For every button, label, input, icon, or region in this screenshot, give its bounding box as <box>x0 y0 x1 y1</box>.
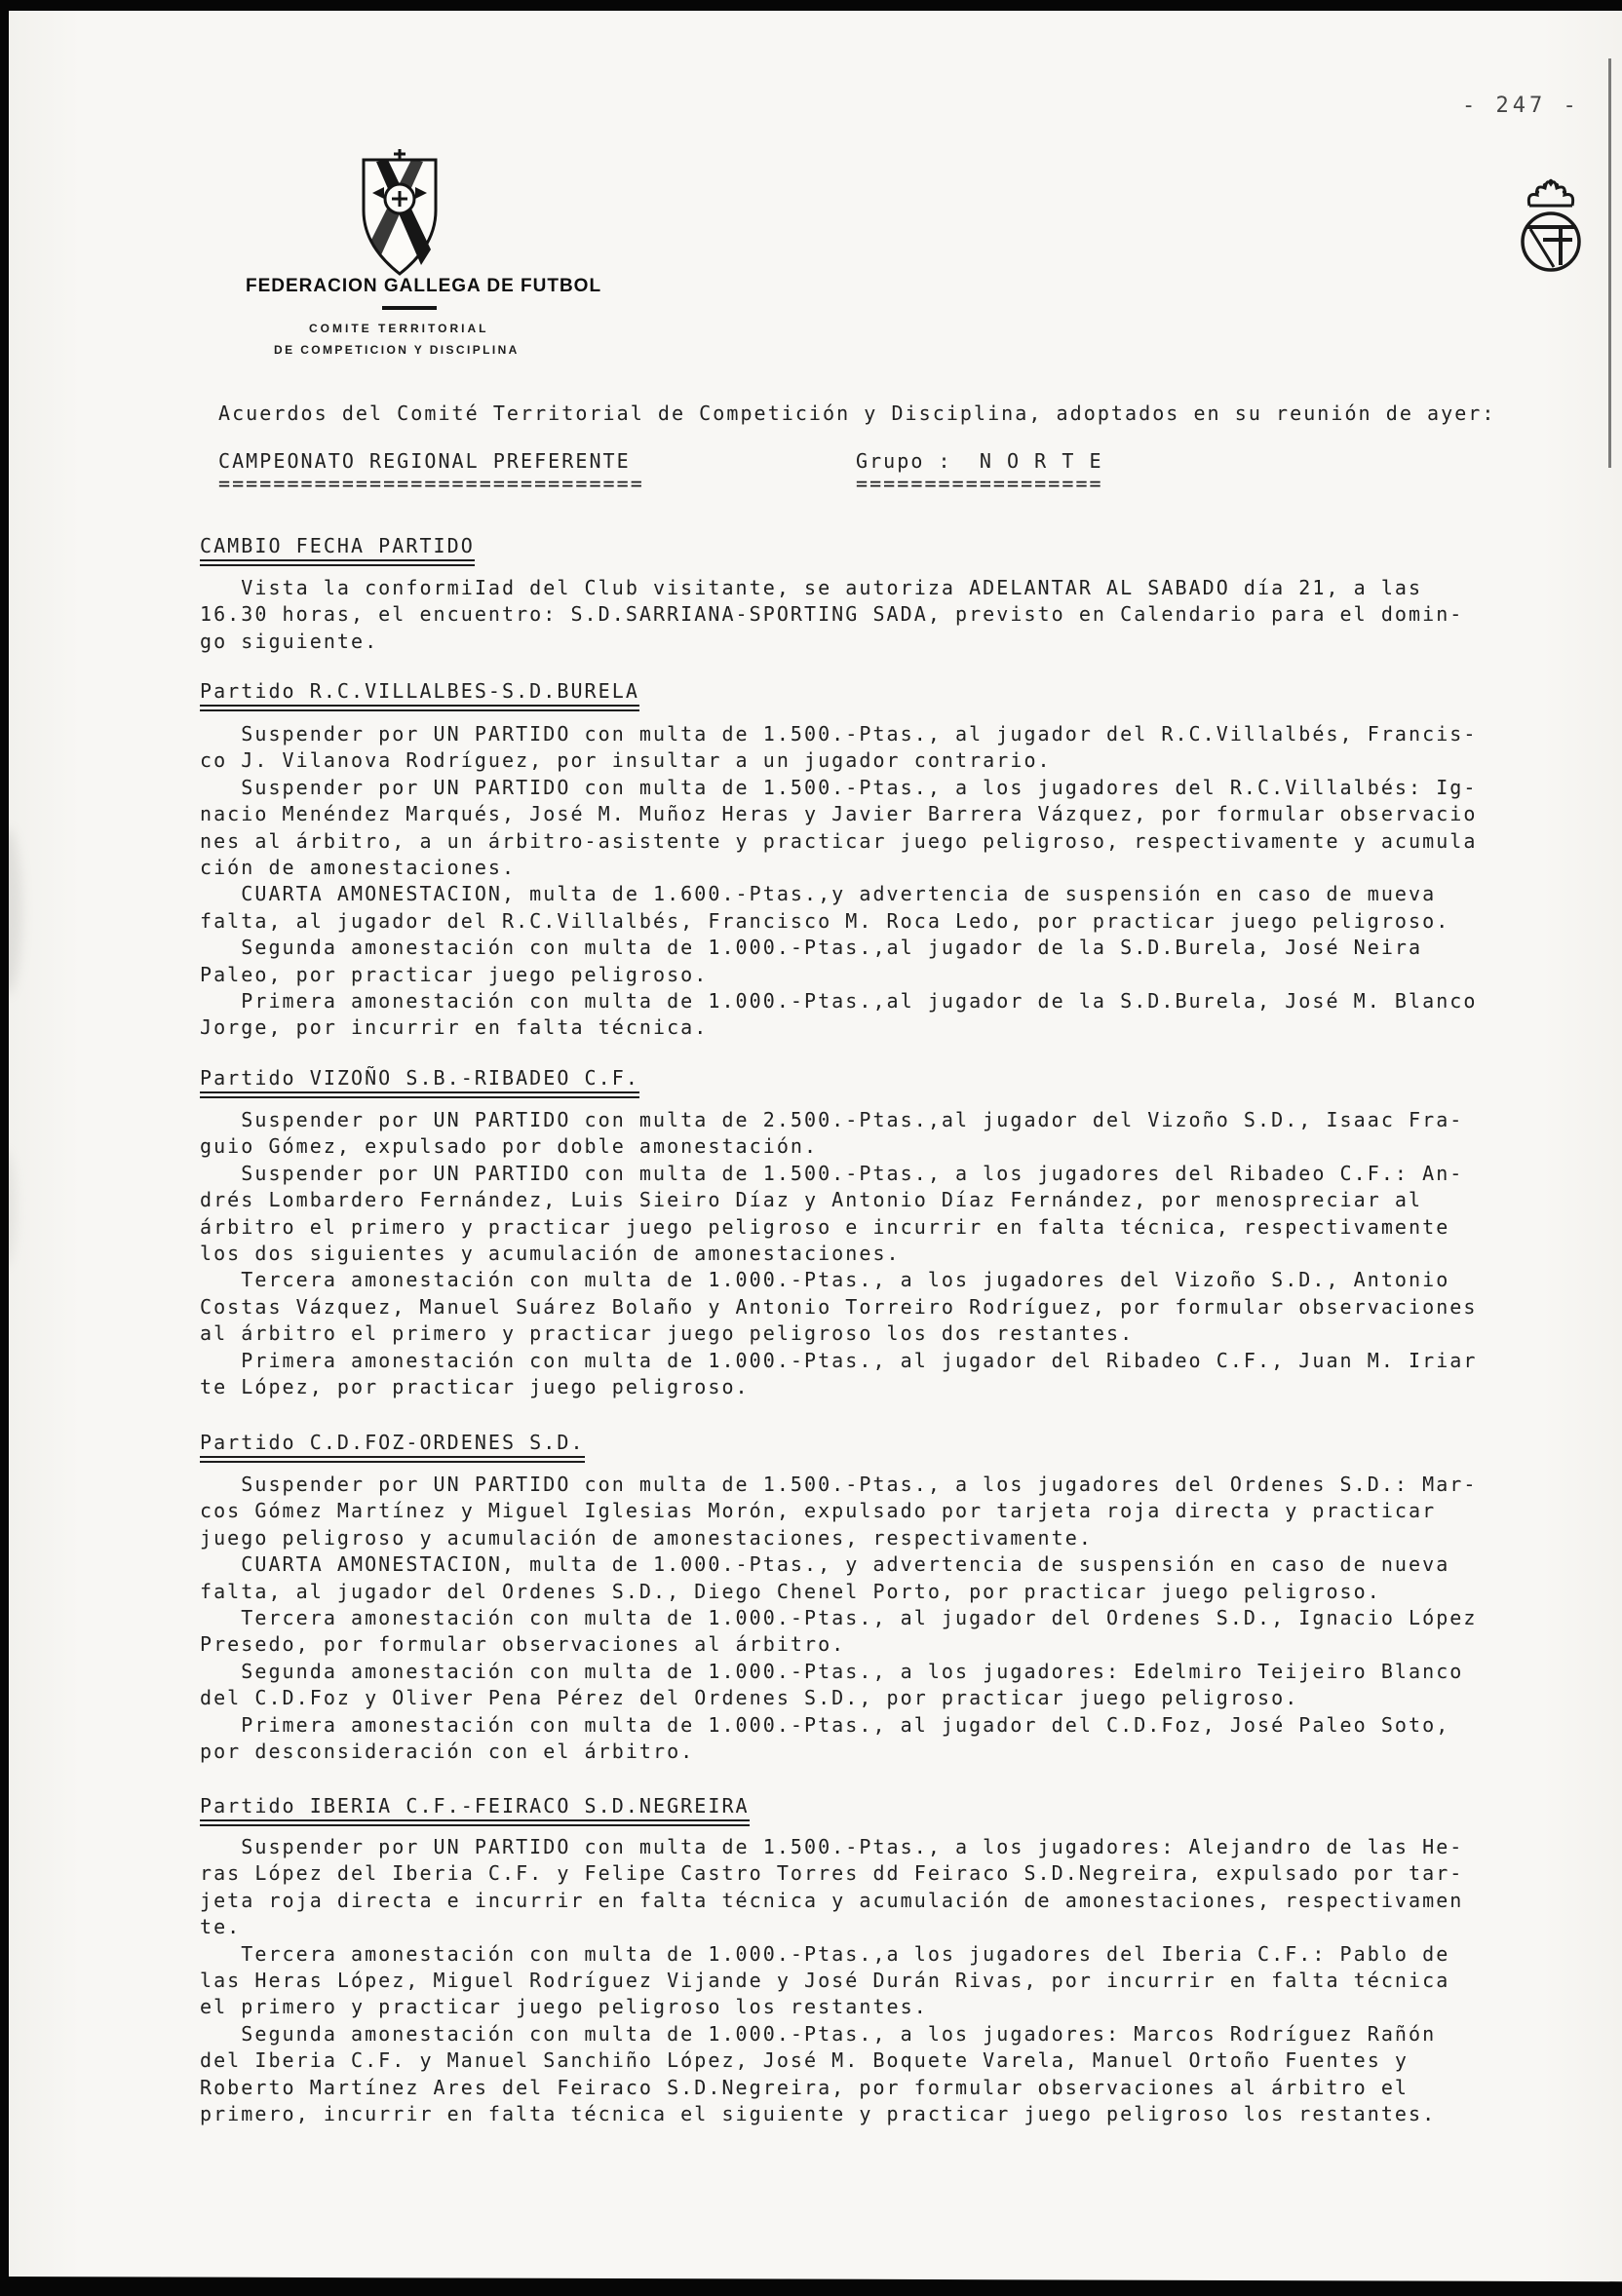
body-line: te López, por practicar juego peligroso. <box>200 1374 1477 1400</box>
section-heading-foz-ordenes: Partido C.D.FOZ-ORDENES S.D. <box>200 1431 585 1463</box>
section-body-vizono-ribadeo: Suspender por UN PARTIDO con multa de 2.… <box>200 1107 1477 1400</box>
section-heading-text: CAMBIO FECHA PARTIDO <box>200 534 475 561</box>
section-heading-cambio-fecha: CAMBIO FECHA PARTIDO <box>200 534 475 566</box>
section-heading-villalbes-burela: Partido R.C.VILLALBES-S.D.BURELA <box>200 679 639 711</box>
body-line: jeta roja directa e incurrir en falta té… <box>200 1888 1463 1914</box>
body-line: Vista la conformiIad del Club visitante,… <box>200 575 1463 601</box>
body-line: drés Lombardero Fernández, Luis Sieiro D… <box>200 1187 1477 1213</box>
scan-edge-right <box>1608 58 1611 468</box>
body-line: falta, al jugador del Ordenes S.D., Dieg… <box>200 1579 1477 1605</box>
section-heading-vizono-ribadeo: Partido VIZOÑO S.B.-RIBADEO C.F. <box>200 1066 639 1098</box>
body-line: Costas Vázquez, Manuel Suárez Bolaño y A… <box>200 1294 1477 1320</box>
committee-title-line2: DE COMPETICION Y DISCIPLINA <box>274 343 520 357</box>
group-rule: ================== <box>856 472 1103 495</box>
scan-edge-left <box>0 0 9 2296</box>
section-heading-text: Partido C.D.FOZ-ORDENES S.D. <box>200 1431 585 1458</box>
body-line: Primera amonestación con multa de 1.000.… <box>200 988 1477 1014</box>
body-line: por desconsideración con el árbitro. <box>200 1739 1477 1765</box>
body-line: ción de amonestaciones. <box>200 855 1477 881</box>
body-line: Segunda amonestación con multa de 1.000.… <box>200 1659 1477 1685</box>
body-line: primero, incurrir en falta técnica el si… <box>200 2101 1463 2127</box>
body-line: las Heras López, Miguel Rodríguez Vijand… <box>200 1968 1463 1994</box>
section-heading-text: Partido IBERIA C.F.-FEIRACO S.D.NEGREIRA <box>200 1794 750 1821</box>
body-line: go siguiente. <box>200 629 1463 655</box>
body-line: Jorge, por incurrir en falta técnica. <box>200 1014 1477 1041</box>
body-line: CUARTA AMONESTACION, multa de 1.600.-Pta… <box>200 881 1477 907</box>
section-heading-text: Partido R.C.VILLALBES-S.D.BURELA <box>200 679 639 707</box>
body-line: Primera amonestación con multa de 1.000.… <box>200 1712 1477 1739</box>
federation-name: FEDERACION GALLEGA DE FUTBOL <box>246 276 601 297</box>
intro-text: Acuerdos del Comité Territorial de Compe… <box>218 402 1495 425</box>
body-line: Suspender por UN PARTIDO con multa de 1.… <box>200 1834 1463 1860</box>
championship-title-rule: =============================== <box>218 472 644 495</box>
body-line: nacio Menéndez Marqués, José M. Muñoz He… <box>200 801 1477 827</box>
body-line: guio Gómez, expulsado por doble amonesta… <box>200 1133 1477 1160</box>
body-line: CUARTA AMONESTACION, multa de 1.000.-Pta… <box>200 1551 1477 1578</box>
body-line: Suspender por UN PARTIDO con multa de 1.… <box>200 1161 1477 1187</box>
body-line: Roberto Martínez Ares del Feiraco S.D.Ne… <box>200 2075 1463 2101</box>
body-line: juego peligroso y acumulación de amonest… <box>200 1525 1477 1551</box>
section-body-foz-ordenes: Suspender por UN PARTIDO con multa de 1.… <box>200 1472 1477 1765</box>
body-line: Tercera amonestación con multa de 1.000.… <box>200 1605 1477 1631</box>
body-line: Suspender por UN PARTIDO con multa de 1.… <box>200 1472 1477 1498</box>
body-line: el primero y practicar juego peligroso l… <box>200 1994 1463 2020</box>
federation-name-rule <box>382 306 437 310</box>
section-body-iberia-feiraco: Suspender por UN PARTIDO con multa de 1.… <box>200 1834 1463 2127</box>
body-line: Paleo, por practicar juego peligroso. <box>200 962 1477 988</box>
body-line: Segunda amonestación con multa de 1.000.… <box>200 935 1477 961</box>
body-line: Tercera amonestación con multa de 1.000.… <box>200 1267 1477 1293</box>
body-line: Suspender por UN PARTIDO con multa de 2.… <box>200 1107 1477 1133</box>
body-line: del Iberia C.F. y Manuel Sanchiño López,… <box>200 2047 1463 2074</box>
body-line: al árbitro el primero y practicar juego … <box>200 1320 1477 1347</box>
body-line: Primera amonestación con multa de 1.000.… <box>200 1348 1477 1374</box>
section-body-villalbes-burela: Suspender por UN PARTIDO con multa de 1.… <box>200 721 1477 1042</box>
committee-title-line1: COMITE TERRITORIAL <box>309 322 488 335</box>
scan-edge-top <box>0 0 1622 11</box>
section-heading-text: Partido VIZOÑO S.B.-RIBADEO C.F. <box>200 1066 639 1093</box>
federation-shield-icon <box>357 148 443 281</box>
body-line: cos Gómez Martínez y Miguel Iglesias Mor… <box>200 1498 1477 1524</box>
body-line: nes al árbitro, a un árbitro-asistente y… <box>200 828 1477 855</box>
scan-edge-bottom <box>0 2277 1622 2296</box>
body-line: 16.30 horas, el encuentro: S.D.SARRIANA-… <box>200 601 1463 628</box>
body-line: árbitro el primero y practicar juego pel… <box>200 1214 1477 1241</box>
group-label: Grupo : N O R T E <box>856 449 1103 473</box>
body-line: falta, al jugador del R.C.Villalbés, Fra… <box>200 908 1477 935</box>
federation-crest-icon <box>1513 175 1589 283</box>
body-line: Suspender por UN PARTIDO con multa de 1.… <box>200 775 1477 801</box>
scanned-document-page: - 247 - FEDERACION GALLEGA DE FUTBOL COM… <box>0 0 1622 2296</box>
body-line: Tercera amonestación con multa de 1.000.… <box>200 1941 1463 1968</box>
body-line: los dos siguientes y acumulación de amon… <box>200 1241 1477 1267</box>
body-line: Suspender por UN PARTIDO con multa de 1.… <box>200 721 1477 747</box>
body-line: Presedo, por formular observaciones al á… <box>200 1631 1477 1658</box>
section-heading-iberia-feiraco: Partido IBERIA C.F.-FEIRACO S.D.NEGREIRA <box>200 1794 750 1826</box>
body-line: Segunda amonestación con multa de 1.000.… <box>200 2021 1463 2047</box>
championship-title: CAMPEONATO REGIONAL PREFERENTE <box>218 449 631 473</box>
body-line: te. <box>200 1914 1463 1940</box>
body-line: co J. Vilanova Rodríguez, por insultar a… <box>200 747 1477 774</box>
page-number: - 247 - <box>1462 94 1580 118</box>
body-line: del C.D.Foz y Oliver Pena Pérez del Orde… <box>200 1685 1477 1711</box>
body-line: ras López del Iberia C.F. y Felipe Castr… <box>200 1860 1463 1887</box>
section-body-cambio-fecha: Vista la conformiIad del Club visitante,… <box>200 575 1463 655</box>
